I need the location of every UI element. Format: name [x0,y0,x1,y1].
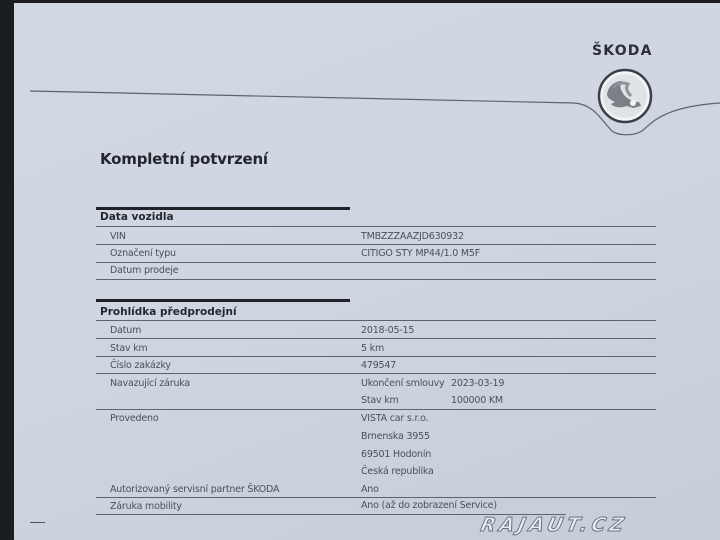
order-number-value: 479547 [361,360,396,371]
sale-date-label: Datum prodeje [110,265,178,276]
warranty-km-label: Stav km [361,395,399,406]
watermark: RAJAUT.CZ [479,514,630,536]
divider [96,244,656,245]
performed-by-label: Provedeno [110,413,158,424]
inspection-section-title: Prohlídka předprodejní [100,306,237,318]
divider [96,320,656,321]
vin-value: TMBZZZAAZJD630932 [361,231,464,242]
authorized-partner-value: Ano [361,484,379,495]
vin-label: VIN [110,231,126,242]
mobility-warranty-label: Záruka mobility [110,501,182,512]
divider [96,373,656,374]
divider [96,279,656,280]
date-label: Datum [110,325,141,336]
type-value: CITIGO STY MP44/1.0 M5F [361,248,480,259]
date-value: 2018-05-15 [361,325,414,336]
km-label: Stav km [110,343,148,354]
skoda-logo-icon [597,68,653,124]
divider [96,262,656,263]
warranty-label: Navazující záruka [110,378,190,389]
divider [96,409,656,410]
document-paper: ŠKODA Kompletní potvrzení Data vozidla V… [14,3,720,540]
dealer-street: Brnenska 3955 [361,431,430,442]
dealer-name: VISTA car s.r.o. [361,413,428,424]
footer-dash [30,522,45,523]
vehicle-section-title: Data vozidla [100,211,174,223]
divider [96,356,656,357]
dealer-country: Česká republika [361,466,434,477]
mobility-warranty-value: Ano (až do zobrazení Service) [361,500,497,511]
divider [96,338,656,339]
divider [96,497,656,498]
section-bar [96,299,350,302]
warranty-end-label: Ukončení smlouvy [361,378,444,389]
km-value: 5 km [361,343,384,354]
dealer-city: 69501 Hodonín [361,449,431,460]
warranty-km-value: 100000 KM [451,395,503,406]
authorized-partner-label: Autorizovaný servisní partner ŠKODA [110,484,279,495]
type-label: Označení typu [110,248,176,259]
order-number-label: Číslo zakázky [110,360,171,371]
warranty-end-value: 2023-03-19 [451,378,504,389]
divider [96,226,656,227]
page-title: Kompletní potvrzení [100,150,268,168]
brand-name: ŠKODA [592,43,653,59]
section-bar [96,207,350,210]
